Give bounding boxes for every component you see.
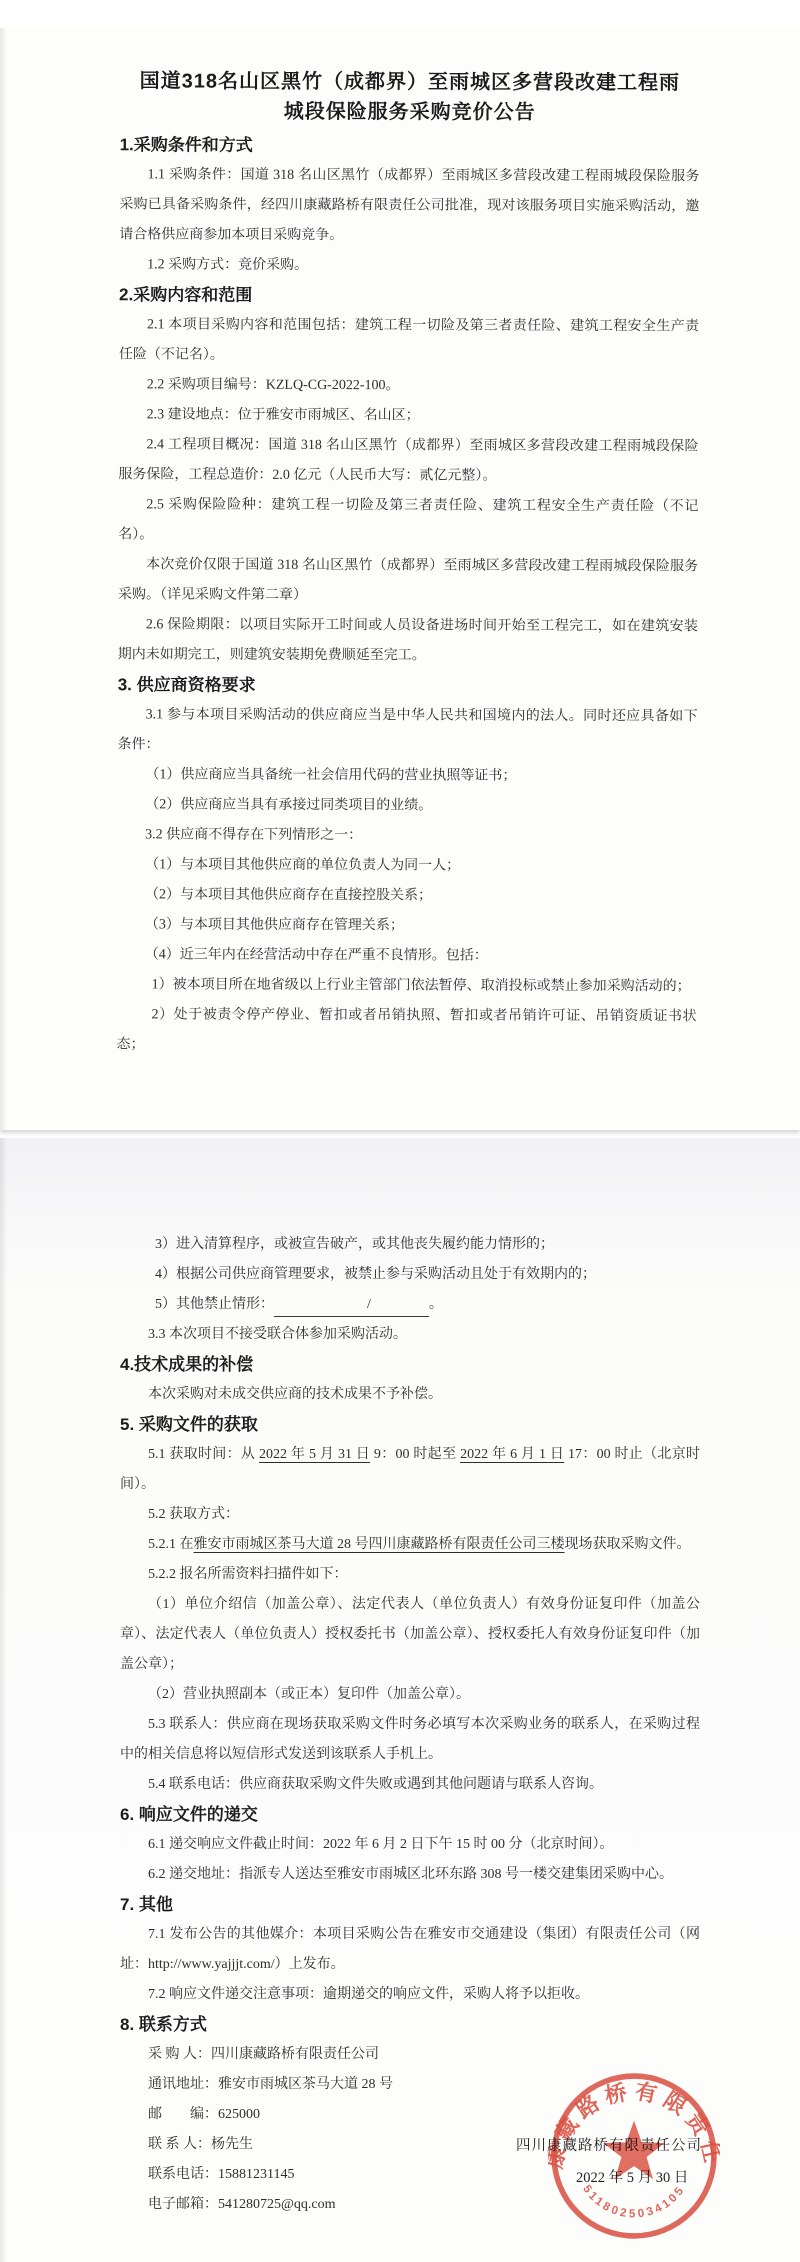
para-3-2-item-4-sub-1: 1）被本项目所在地省级以上行业主管部门依法暂停、取消投标或禁止参加采购活动的； [117, 970, 697, 1002]
section-3-heading: 3. 供应商资格要求 [118, 670, 698, 702]
contact-value: 541280725@qq.com [218, 2197, 336, 2212]
underlined-address: 雅安市雨城区茶马大道 28 号四川康藏路桥有限责任公司三楼 [194, 1537, 565, 1552]
para-5-2-2-item-1: （1）单位介绍信（加盖公章）、法定代表人（单位负责人）有效身份证复印件（加盖公章… [120, 1590, 700, 1680]
contact-row-email: 电子邮箱：541280725@qq.com [120, 2190, 700, 2220]
para-5-2-1: 5.2.1 在雅安市雨城区茶马大道 28 号四川康藏路桥有限责任公司三楼现场获取… [120, 1530, 700, 1560]
para-6-2: 6.2 递交地址：指派专人送达至雅安市雨城区北环东路 308 号一楼交建集团采购… [120, 1860, 700, 1890]
section-2-heading: 2.采购内容和范围 [119, 280, 699, 312]
para-3-2-item-1: （1）与本项目其他供应商的单位负责人为同一人； [117, 850, 697, 882]
blank-slash: / [367, 1297, 371, 1312]
document-title-line-1: 国道318名山区黑竹（成都界）至雨城区多营段改建工程雨 [120, 66, 700, 98]
para-5-4: 5.4 联系电话：供应商获取采购文件失败或遇到其他问题请与联系人咨询。 [120, 1770, 700, 1800]
contact-value: 雅安市雨城区茶马大道 28 号 [218, 2077, 393, 2092]
para-3-2-item-3: （3）与本项目其他供应商存在管理关系； [117, 910, 697, 942]
para-4-1: 本次采购对未成交供应商的技术成果不予补偿。 [120, 1380, 700, 1410]
contact-label: 联系电话： [148, 2167, 218, 2182]
para-1-2: 1.2 采购方式：竞价采购。 [119, 250, 699, 282]
contact-value: 四川康藏路桥有限责任公司 [211, 2047, 379, 2062]
signature-company: 四川康藏路桥有限责任公司 [516, 2134, 702, 2155]
para-5-2: 5.2 获取方式： [120, 1500, 700, 1530]
contact-row-buyer: 采 购 人：四川康藏路桥有限责任公司 [120, 2040, 700, 2070]
text-segment: 9：00 时起至 [370, 1447, 460, 1462]
document-page-2: 3）进入清算程序，或被宣告破产，或其他丧失履约能力情形的； 4）根据公司供应商管… [0, 1138, 800, 2262]
section-1-heading: 1.采购条件和方式 [120, 130, 700, 162]
section-4-heading: 4.技术成果的补偿 [120, 1350, 700, 1380]
para-5-1: 5.1 获取时间：从 2022 年 5 月 31 日 9：00 时起至 2022… [120, 1440, 700, 1500]
para-2-2: 2.2 采购项目编号：KZLQ-CG-2022-100。 [119, 370, 699, 402]
contact-label: 通讯地址： [148, 2077, 218, 2092]
para-7-2: 7.2 响应文件递交注意事项：逾期递交的响应文件，采购人将予以拒收。 [120, 1980, 700, 2010]
para-3-2-item-4-sub-3: 3）进入清算程序，或被宣告破产，或其他丧失履约能力情形的； [120, 1230, 700, 1260]
para-3-1-item-1: （1）供应商应当具备统一社会信用代码的营业执照等证书； [117, 760, 697, 792]
contact-value: 15881231145 [218, 2167, 294, 2182]
para-5-2-2: 5.2.2 报名所需资料扫描件如下： [120, 1560, 700, 1590]
para-6-1: 6.1 递交响应文件截止时间：2022 年 6 月 2 日下午 15 时 00 … [120, 1830, 700, 1860]
section-8-heading: 8. 联系方式 [120, 2010, 700, 2040]
contact-label: 采 购 人： [148, 2047, 211, 2062]
text-segment: 5.1 获取时间：从 [148, 1447, 259, 1462]
other-forbidden-label: 5）其他禁止情形： [155, 1297, 274, 1312]
para-5-3: 5.3 联系人：供应商在现场获取采购文件时务必填写本次采购业务的联系人，在采购过… [120, 1710, 700, 1770]
underlined-date-end: 2022 年 6 月 1 日 [460, 1447, 564, 1462]
contact-label: 电子邮箱： [148, 2197, 218, 2212]
para-2-4: 2.4 工程项目概况：国道 318 名山区黑竹（成都界）至雨城区多营段改建工程雨… [118, 430, 698, 492]
section-5-heading: 5. 采购文件的获取 [120, 1410, 700, 1440]
para-1-1: 1.1 采购条件：国道 318 名山区黑竹（成都界）至雨城区多营段改建工程雨城段… [119, 160, 699, 252]
signature-date: 2022 年 5 月 30 日 [576, 2166, 688, 2187]
underlined-date-start: 2022 年 5 月 31 日 [259, 1447, 370, 1462]
contact-label: 联 系 人： [148, 2137, 211, 2152]
text-segment: 现场获取采购文件。 [565, 1537, 691, 1552]
document-page-1: 国道318名山区黑竹（成都界）至雨城区多营段改建工程雨 城段保险服务采购竞价公告… [0, 28, 800, 1130]
document-title-line-2: 城段保险服务采购竞价公告 [120, 96, 700, 128]
para-7-1: 7.1 发布公告的其他媒介：本项目采购公告在雅安市交通建设（集团）有限责任公司（… [120, 1920, 700, 1980]
para-3-2-item-4-sub-2: 2）处于被责令停产停业、暂扣或者吊销执照、暂扣或者吊销许可证、吊销资质证书状态； [116, 1000, 696, 1062]
para-5-2-2-item-2: （2）营业执照副本（或正本）复印件（加盖公章）。 [120, 1680, 700, 1710]
para-2-5b: 本次竞价仅限于国道 318 名山区黑竹（成都界）至雨城区多营段改建工程雨城段保险… [118, 550, 698, 612]
scan-background: 国道318名山区黑竹（成都界）至雨城区多营段改建工程雨 城段保险服务采购竞价公告… [0, 0, 800, 2262]
para-2-1: 2.1 本项目采购内容和范围包括：建筑工程一切险及第三者责任险、建筑工程安全生产… [119, 310, 699, 372]
para-3-3: 3.3 本次项目不接受联合体参加采购活动。 [120, 1320, 700, 1350]
text-segment: 5.2.1 在 [148, 1537, 194, 1552]
para-2-5: 2.5 采购保险险种：建筑工程一切险及第三者责任险、建筑工程安全生产责任险（不记… [118, 490, 698, 552]
para-2-3: 2.3 建设地点：位于雅安市雨城区、名山区； [119, 400, 699, 432]
para-3-2: 3.2 供应商不得存在下列情形之一： [117, 820, 697, 852]
para-3-1: 3.1 参与本项目采购活动的供应商应当是中华人民共和国境内的法人。同时还应具备如… [117, 700, 697, 762]
para-2-6: 2.6 保险期限：以项目实际开工时间或人员设备进场时间开始至工程完工，如在建筑安… [118, 610, 698, 672]
contact-value: 625000 [218, 2107, 260, 2122]
para-3-2-item-4: （4）近三年内在经营活动中存在严重不良情形。包括： [117, 940, 697, 972]
contact-row-address: 通讯地址：雅安市雨城区茶马大道 28 号 [120, 2070, 700, 2100]
contact-label: 邮 编： [148, 2107, 218, 2122]
para-3-1-item-2: （2）供应商应当具有承接过同类项目的业绩。 [117, 790, 697, 822]
period: 。 [429, 1297, 443, 1312]
para-3-2-item-2: （2）与本项目其他供应商存在直接控股关系； [117, 880, 697, 912]
contact-row-zip: 邮 编：625000 [120, 2100, 700, 2130]
para-3-2-item-4-sub-5: 5）其他禁止情形：/。 [120, 1290, 700, 1320]
para-3-2-item-4-sub-4: 4）根据公司供应商管理要求，被禁止参与采购活动且处于有效期内的； [120, 1260, 700, 1290]
section-7-heading: 7. 其他 [120, 1890, 700, 1920]
contact-value: 杨先生 [211, 2137, 253, 2152]
blank-fill-line: / [274, 1294, 429, 1317]
section-6-heading: 6. 响应文件的递交 [120, 1800, 700, 1830]
